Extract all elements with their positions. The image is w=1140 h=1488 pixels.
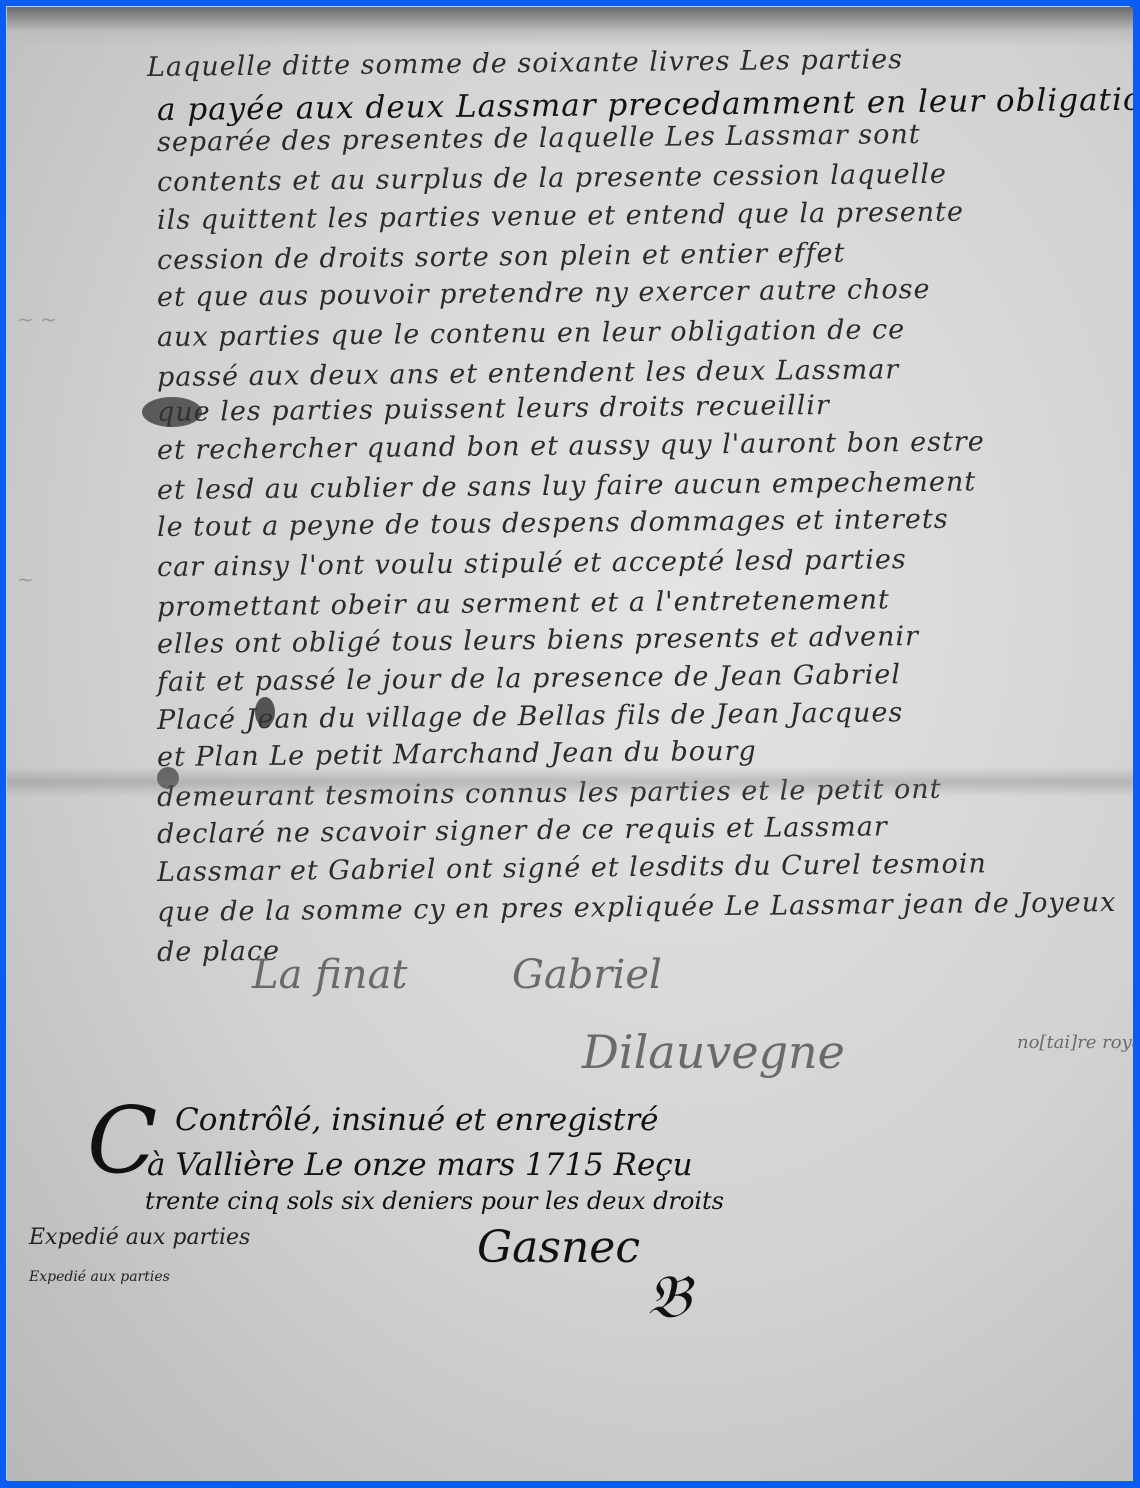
manuscript-line: Lassmar et Gabriel ont signé et lesdits … <box>157 848 987 888</box>
manuscript-line: promettant obeir au serment et a l'entre… <box>157 584 890 623</box>
signature-la-finat: La finat <box>252 952 408 998</box>
manuscript-line: le tout a peyne de tous despens dommages… <box>157 504 949 543</box>
manuscript-line: aux parties que le contenu en leur oblig… <box>157 314 905 353</box>
registration-line-1: Contrôlé, insinué et enregistré <box>175 1102 659 1138</box>
signature-gasnec: Gasnec <box>477 1222 640 1273</box>
registration-line-3: trente cinq sols six deniers pour les de… <box>145 1187 724 1215</box>
margin-note-1: Expedié aux parties <box>29 1225 250 1250</box>
manuscript-line: passé aux deux ans et entendent les deux… <box>157 354 900 393</box>
manuscript-line: ils quittent les parties venue et entend… <box>157 197 964 236</box>
margin-ghost-text: ~ ~ <box>17 307 57 331</box>
ink-blot <box>142 397 202 427</box>
manuscript-line: demeurant tesmoins connus les parties et… <box>157 774 942 813</box>
manuscript-line: et lesd au cublier de sans luy faire auc… <box>157 466 976 506</box>
signature-gabriel: Gabriel <box>512 952 662 998</box>
ink-blot <box>157 767 179 789</box>
manuscript-line: Laquelle ditte somme de soixante livres … <box>147 44 903 83</box>
signature-dilauvegne: Dilauvegne <box>582 1025 845 1079</box>
manuscript-line: fait et passé le jour de la presence de … <box>157 659 901 698</box>
notary-title: no[tai]re royal <box>1017 1032 1133 1053</box>
manuscript-line: elles ont obligé tous leurs biens presen… <box>157 621 919 660</box>
manuscript-line: et Plan Le petit Marchand Jean du bourg <box>157 736 757 773</box>
manuscript-line: cession de droits sorte son plein et ent… <box>157 238 846 276</box>
manuscript-line: et que aus pouvoir pretendre ny exercer … <box>157 274 931 313</box>
manuscript-line: que les parties puissent leurs droits re… <box>157 390 830 428</box>
manuscript-line: et rechercher quand bon et aussy quy l'a… <box>157 426 985 466</box>
registration-line-2: à Vallière Le onze mars 1715 Reçu <box>147 1147 693 1183</box>
paraph-flourish: 𝔅 <box>647 1262 690 1332</box>
manuscript-line: que de la somme cy en pres expliquée Le … <box>157 887 1117 928</box>
margin-ghost-text: ~ <box>17 567 34 591</box>
manuscript-page: ~ ~ ~ Laquelle ditte somme de soixante l… <box>7 7 1133 1481</box>
manuscript-line: car ainsy l'ont voulu stipulé et accepté… <box>157 544 907 583</box>
margin-note-2: Expedié aux parties <box>29 1269 170 1285</box>
manuscript-line: contents et au surplus de la presente ce… <box>157 159 947 198</box>
manuscript-line: separée des presentes de laquelle Les La… <box>157 119 921 158</box>
ink-blot <box>255 697 275 727</box>
manuscript-line: declaré ne scavoir signer de ce requis e… <box>157 811 888 850</box>
